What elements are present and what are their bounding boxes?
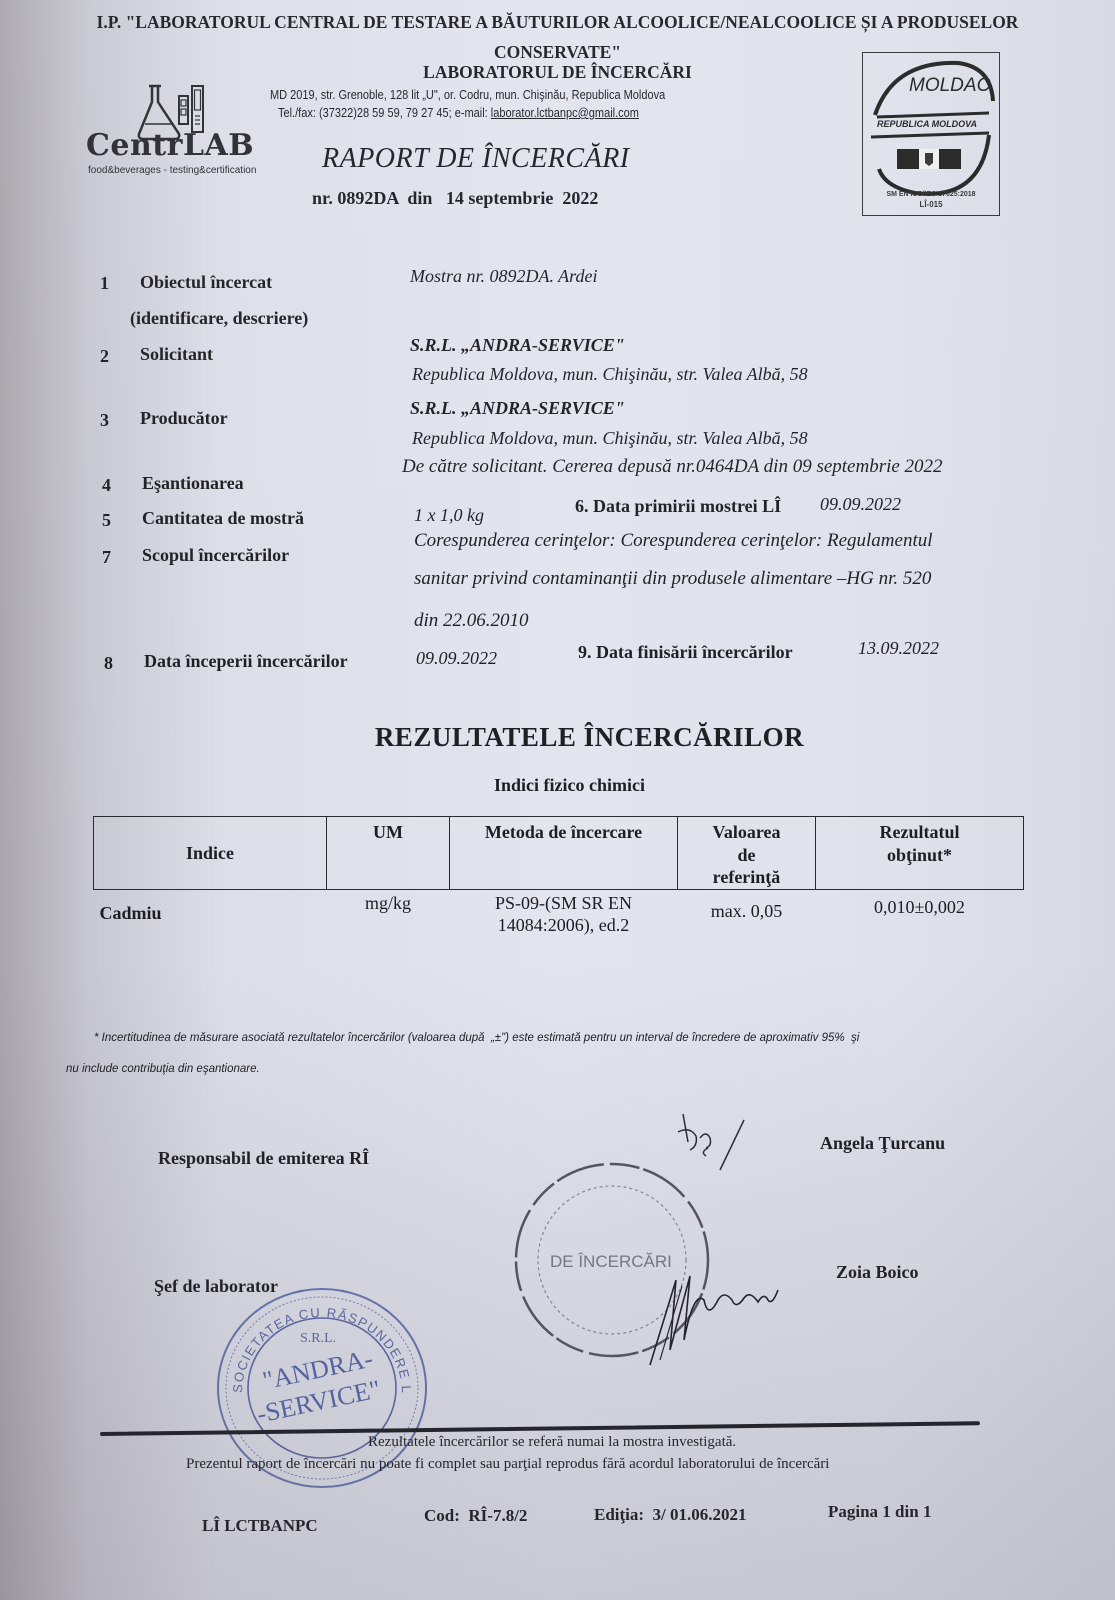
detail-label: 6. Data primirii mostrei LÎ (575, 496, 781, 517)
accreditation-badge: MOLDAC REPUBLICA MOLDOVA SM EN ISO/IEC 1… (862, 52, 1000, 216)
detail-label: Obiectul încercat (140, 272, 272, 293)
detail-value-sub: Republica Moldova, mun. Chişinău, str. V… (412, 428, 808, 449)
client-stamp-srl: S.R.L. (300, 1331, 336, 1347)
signature-role: Responsabil de emiterea RÎ (158, 1148, 369, 1169)
footer-disclaimer-1: Rezultatele încercărilor se referă numai… (368, 1434, 736, 1451)
detail-value: S.R.L. „ANDRA-SERVICE" (410, 335, 625, 356)
detail-value: 09.09.2022 (820, 494, 901, 515)
report-title: RAPORT DE ÎNCERCĂRI (322, 143, 630, 175)
accreditation-country: REPUBLICA MOLDOVA (877, 119, 977, 129)
cell-result: 0,010±0,002 (816, 889, 1024, 941)
footer-edition: Ediţia: 3/ 01.06.2021 (594, 1505, 747, 1525)
detail-number: 1 (100, 273, 109, 294)
detail-label-sub: (identificare, descriere) (130, 308, 308, 329)
signatory-name: Zoia Boico (836, 1262, 919, 1283)
uncertainty-footnote: * Incertitudinea de măsurare asociată re… (94, 1032, 859, 1044)
detail-label: Producător (140, 408, 228, 429)
table-row: Cadmiu mg/kg PS-09-(SM SR EN 14084:2006)… (94, 889, 1024, 941)
detail-number: 5 (102, 510, 111, 531)
results-subtitle: Indici fizico chimici (12, 775, 1115, 796)
detail-label: 9. Data finisării încercărilor (578, 642, 793, 663)
report-number: nr. 0892DA din 14 septembrie 2022 (312, 188, 598, 209)
detail-number: 3 (100, 410, 109, 431)
detail-value-sub: sanitar privind contaminanţii din produs… (414, 568, 931, 590)
column-header-indice: Indice (94, 817, 327, 890)
logo-wordmark: CentrLAB (86, 128, 254, 163)
footer-page-number: Pagina 1 din 1 (828, 1502, 931, 1522)
lab-email-link[interactable]: laborator.lctbanpc@gmail.com (491, 106, 639, 120)
footer-doc-code: Cod: RÎ-7.8/2 (424, 1506, 527, 1526)
column-header-um: UM (327, 817, 450, 890)
detail-label: Solicitant (140, 344, 213, 365)
footer-lab-code: LÎ LCTBANPC (202, 1516, 318, 1536)
footer-disclaimer-2: Prezentul raport de încercări nu poate f… (186, 1456, 829, 1473)
detail-number: 2 (100, 346, 109, 367)
signatory-name: Angela Ţurcanu (820, 1133, 945, 1154)
column-header-result: Rezultatul obţinut* (816, 817, 1024, 890)
cell-method: PS-09-(SM SR EN 14084:2006), ed.2 (450, 889, 678, 941)
accreditation-standard: SM EN ISO/IEC 17025:2018 (863, 191, 999, 198)
accreditation-brand: MOLDAC (909, 75, 990, 97)
detail-value: 13.09.2022 (858, 638, 939, 659)
results-table: Indice UM Metoda de încercare Valoarea d… (93, 816, 1024, 941)
detail-number: 7 (102, 547, 111, 568)
detail-value: Mostra nr. 0892DA. Ardei (410, 266, 598, 287)
accreditation-code: LÎ-015 (863, 200, 999, 209)
detail-value: De către solicitant. Cererea depusă nr.0… (402, 456, 943, 478)
cell-reference: max. 0,05 (678, 889, 816, 941)
detail-value: 1 x 1,0 kg (414, 505, 484, 526)
signature-turcanu (648, 1108, 758, 1178)
logo-tagline: food&beverages - testing&certification (88, 165, 256, 176)
detail-value-sub: Republica Moldova, mun. Chişinău, str. V… (412, 364, 808, 385)
detail-label: Cantitatea de mostră (142, 508, 304, 529)
lab-address: MD 2019, str. Grenoble, 128 lit „U", or.… (270, 88, 665, 102)
column-header-method: Metoda de încercare (450, 817, 678, 890)
results-title: REZULTATELE ÎNCERCĂRILOR (32, 722, 1115, 753)
cell-indice: Cadmiu (94, 889, 327, 941)
detail-number: 8 (104, 653, 113, 674)
cell-um: mg/kg (327, 889, 450, 941)
lab-phone: Tel./fax: (37322)28 59 59, 79 27 45; e-m… (278, 106, 491, 120)
detail-value: S.R.L. „ANDRA-SERVICE" (410, 398, 625, 419)
detail-value: Corespunderea cerinţelor: Corespunderea … (414, 530, 933, 552)
lab-contact: Tel./fax: (37322)28 59 59, 79 27 45; e-m… (278, 106, 639, 120)
institution-name-line1: I.P. "LABORATORUL CENTRAL DE TESTARE A B… (0, 12, 1115, 33)
table-header-row: Indice UM Metoda de încercare Valoarea d… (94, 817, 1024, 890)
detail-value-sub: din 22.06.2010 (414, 610, 529, 632)
column-header-reference: Valoarea de referinţă (678, 817, 816, 890)
detail-number: 4 (102, 475, 111, 496)
signature-boico (640, 1240, 810, 1370)
detail-label: Data începerii încercărilor (144, 651, 348, 672)
uncertainty-footnote-cont: nu include contribuţia din eşantionare. (66, 1063, 260, 1075)
detail-label: Eşantionarea (142, 473, 244, 494)
detail-value: 09.09.2022 (416, 648, 497, 669)
detail-label: Scopul încercărilor (142, 545, 289, 566)
